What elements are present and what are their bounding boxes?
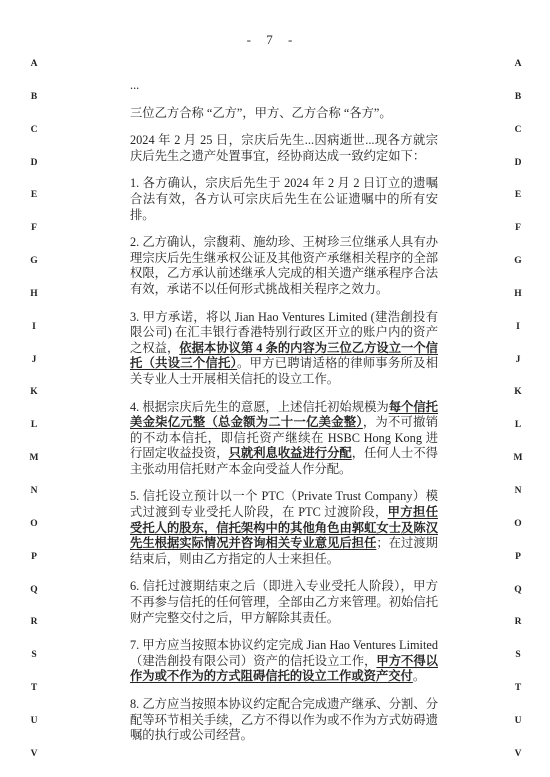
margin-letter: K [30,387,37,397]
margin-letter: O [514,519,521,529]
paragraph: 5. 信托设立预计以一个 PTC（Private Trust Company）模… [130,489,438,567]
paragraph: 2024 年 2 月 25 日，宗庆后先生...因病逝世...现各方就宗庆后先生… [130,133,438,164]
margin-letter: R [31,617,38,627]
paragraph: 7. 甲方应当按照本协议约定完成 Jian Hao Ventures Limit… [130,638,438,685]
margin-letter: D [515,158,522,168]
margin-letter: S [31,650,36,660]
margin-letter: I [32,322,36,332]
text-run: 6. 信托过渡期结束之后（即进入专业受托人阶段），甲方不再参与信托的任何管理，全… [130,579,438,624]
margin-letter: J [32,355,37,365]
margin-letter: S [515,650,520,660]
margin-letter: L [515,420,521,430]
margin-letter: U [31,716,38,726]
margin-letter: E [515,190,521,200]
paragraph: 2. 乙方确认，宗馥莉、施幼珍、王树珍三位继承人具有办理宗庆后先生继承权公证及其… [130,235,438,297]
text-run: 8. 乙方应当按照本协议约定配合完成遗产继承、分割、分配等环节相关手续，乙方不得… [130,697,438,742]
margin-letter: A [515,59,522,69]
document-page: - 7 - ABCDEFGHIJKLMNOPQRSTUV ABCDEFGHIJK… [0,0,550,777]
margin-letter: T [31,683,37,693]
paragraph: 3. 甲方承诺，将以 Jian Hao Ventures Limited (建浩… [130,310,438,388]
margin-letter: B [31,92,37,102]
margin-letter: P [31,552,37,562]
text-run: 2024 年 2 月 25 日，宗庆后先生...因病逝世...现各方就宗庆后先生… [130,133,438,163]
text-run: 三位乙方合称 “乙方”，甲方、乙方合称 “各方”。 [130,106,392,120]
margin-letter: F [31,223,37,233]
margin-letter: U [515,716,522,726]
paragraph: 4. 根据宗庆后先生的意愿，上述信托初始规模为每个信托美金柒亿元整（总金额为二十… [130,400,438,478]
margin-letter: M [514,453,523,463]
document-body: ...三位乙方合称 “乙方”，甲方、乙方合称 “各方”。2024 年 2 月 2… [130,78,438,756]
margin-letter: Q [30,585,37,595]
text-run: 2. 乙方确认，宗馥莉、施幼珍、王树珍三位继承人具有办理宗庆后先生继承权公证及其… [130,235,438,296]
margin-letter: H [514,289,521,299]
margin-letter: G [30,256,37,266]
margin-letter: I [516,322,520,332]
emphasized-text-run: 只就利息收益进行分配 [229,446,352,460]
margin-letter: M [30,453,39,463]
paragraph: ... [130,78,438,94]
paragraph: 三位乙方合称 “乙方”，甲方、乙方合称 “各方”。 [130,106,438,122]
margin-letter: J [516,355,521,365]
text-run: 。 [413,669,425,683]
text-run: ... [130,78,139,92]
right-margin-letters: ABCDEFGHIJKLMNOPQRSTUV [512,59,524,759]
page-number: - 7 - [0,32,540,48]
margin-letter: D [31,158,38,168]
margin-letter: O [30,519,37,529]
margin-letter: N [515,486,522,496]
text-run: 4. 根据宗庆后先生的意愿，上述信托初始规模为 [130,400,389,414]
margin-letter: B [515,92,521,102]
margin-letter: L [31,420,37,430]
paragraph: 6. 信托过渡期结束之后（即进入专业受托人阶段），甲方不再参与信托的任何管理，全… [130,579,438,626]
paragraph: 1. 各方确认，宗庆后先生于 2024 年 2 月 2 日订立的遗嘱合法有效，各… [130,176,438,223]
margin-letter: H [30,289,37,299]
margin-letter: T [515,683,521,693]
margin-letter: K [514,387,521,397]
margin-letter: E [31,190,37,200]
margin-letter: A [31,59,38,69]
margin-letter: P [515,552,521,562]
margin-letter: R [515,617,522,627]
margin-letter: Q [514,585,521,595]
left-margin-letters: ABCDEFGHIJKLMNOPQRSTUV [28,59,40,759]
margin-letter: C [515,125,522,135]
text-run: 1. 各方确认，宗庆后先生于 2024 年 2 月 2 日订立的遗嘱合法有效，各… [130,176,438,221]
margin-letter: C [31,125,38,135]
margin-letter: G [514,256,521,266]
margin-letter: F [515,223,521,233]
margin-letter: V [31,749,38,759]
margin-letter: N [31,486,38,496]
paragraph: 8. 乙方应当按照本协议约定配合完成遗产继承、分割、分配等环节相关手续，乙方不得… [130,697,438,744]
margin-letter: V [515,749,522,759]
